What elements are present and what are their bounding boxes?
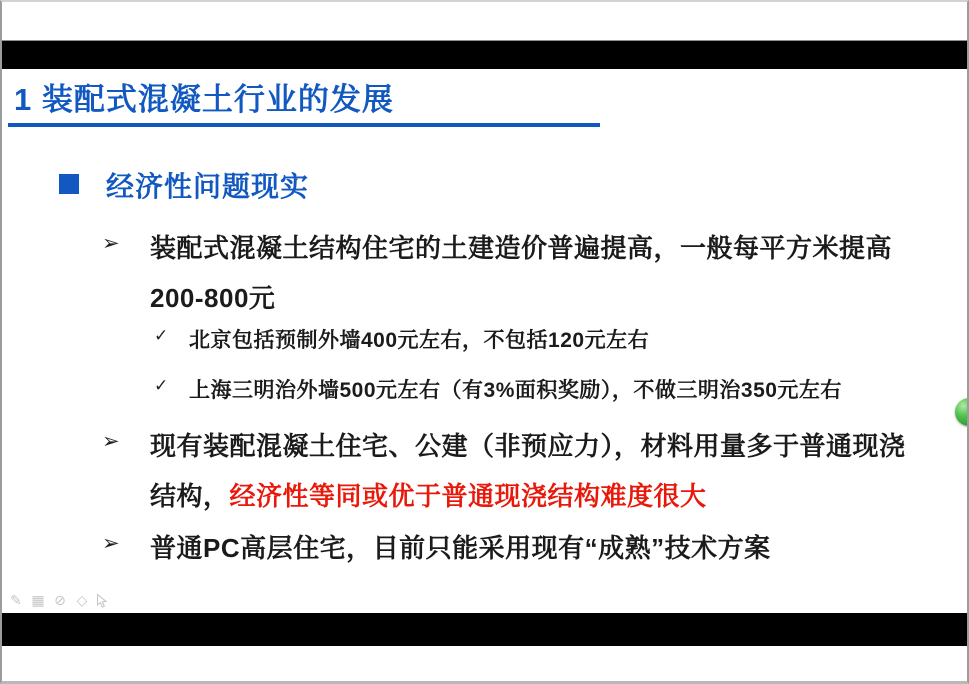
bullet-text: 装配式混凝土结构住宅的土建造价普遍提高，一般每平方米提高 bbox=[150, 228, 892, 265]
presentation-window: 1 装配式混凝土行业的发展 经济性问题现实 ➢ 装配式混凝土结构住宅的土建造价普… bbox=[0, 0, 969, 684]
slide-title: 1 装配式混凝土行业的发展 bbox=[14, 74, 394, 119]
pen-icon[interactable]: ✎ bbox=[8, 592, 24, 609]
diamond-icon[interactable]: ◇ bbox=[74, 592, 90, 609]
check-bullet-icon: ✓ bbox=[154, 374, 189, 396]
bullet-text: 200-800元 bbox=[150, 278, 275, 315]
check-text: 上海三明治外墙500元左右（有3%面积奖励），不做三明治350元左右 bbox=[189, 374, 842, 404]
bullet-row: ➢ 装配式混凝土结构住宅的土建造价普遍提高，一般每平方米提高 bbox=[102, 228, 892, 265]
bullet-row-continuation: 结构， 经济性等同或优于普通现浇结构难度很大 bbox=[150, 476, 707, 513]
ellipse-slash-icon[interactable]: ⊘ bbox=[52, 592, 68, 609]
bullet-row-continuation: 200-800元 bbox=[150, 278, 275, 315]
letterbox-top bbox=[2, 40, 967, 69]
bullet-row: ➢ 普通PC高层住宅，目前只能采用现有“成熟”技术方案 bbox=[102, 528, 771, 565]
arrow-bullet-icon: ➢ bbox=[102, 426, 150, 454]
section-label: 经济性问题现实 bbox=[106, 165, 309, 205]
square-bullet-icon bbox=[59, 174, 79, 194]
arrow-bullet-icon: ➢ bbox=[102, 228, 150, 256]
check-row: ✓ 上海三明治外墙500元左右（有3%面积奖励），不做三明治350元左右 bbox=[154, 374, 842, 404]
annotation-toolbar: ✎ ▦ ⊘ ◇ bbox=[8, 592, 112, 609]
floating-assistant-button[interactable] bbox=[955, 398, 969, 426]
check-text: 北京包括预制外墙400元左右，不包括120元左右 bbox=[189, 324, 649, 354]
bullet-text: 现有装配混凝土住宅、公建（非预应力），材料用量多于普通现浇 bbox=[150, 426, 906, 463]
check-row: ✓ 北京包括预制外墙400元左右，不包括120元左右 bbox=[154, 324, 649, 354]
bullet-text: 结构， bbox=[150, 476, 230, 513]
cursor-icon[interactable] bbox=[96, 592, 112, 609]
arrow-bullet-icon: ➢ bbox=[102, 528, 150, 556]
title-underline bbox=[8, 123, 600, 127]
letterbox-bottom bbox=[2, 613, 967, 646]
check-bullet-icon: ✓ bbox=[154, 324, 189, 346]
bullet-text: 普通PC高层住宅，目前只能采用现有“成熟”技术方案 bbox=[150, 528, 771, 565]
bullet-row: ➢ 现有装配混凝土住宅、公建（非预应力），材料用量多于普通现浇 bbox=[102, 426, 906, 463]
bullet-text-highlight: 经济性等同或优于普通现浇结构难度很大 bbox=[230, 476, 707, 513]
grid-icon[interactable]: ▦ bbox=[30, 592, 46, 609]
section-header: 经济性问题现实 bbox=[59, 165, 309, 205]
